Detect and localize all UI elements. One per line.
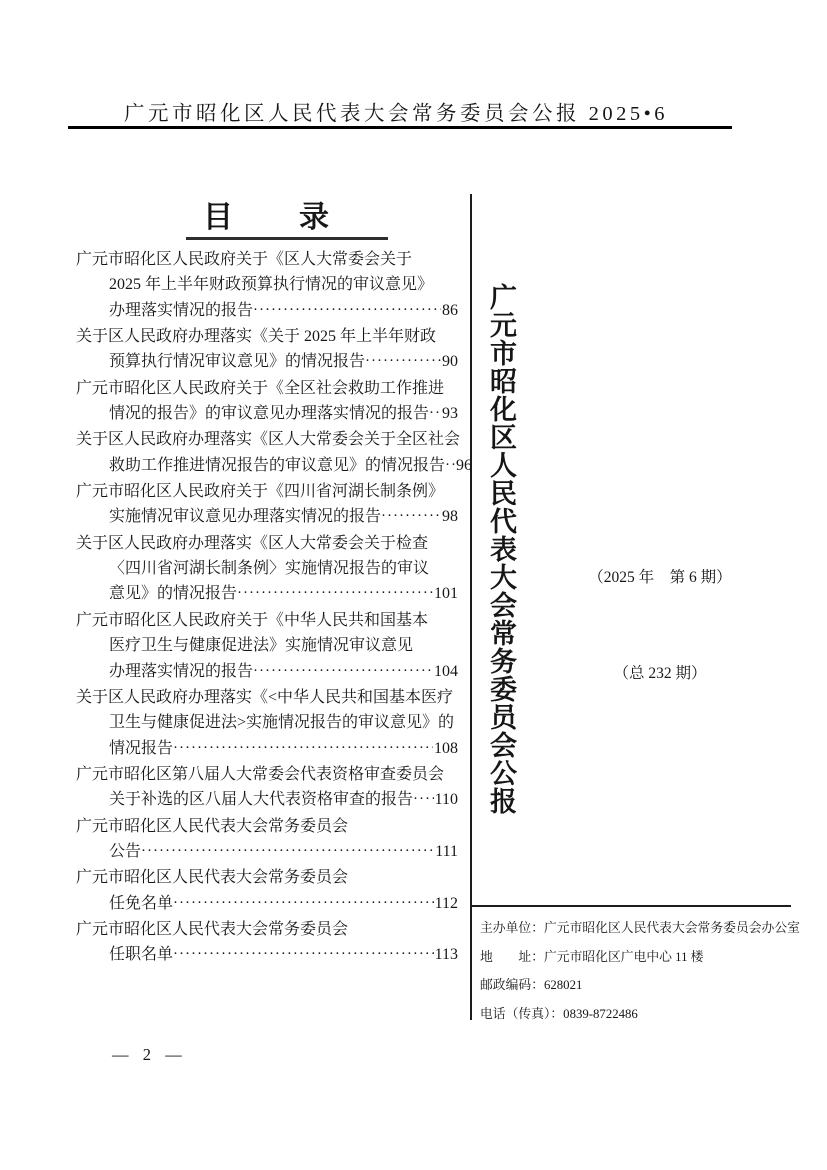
toc-line: 实施情况审议意见办理落实情况的报告98 xyxy=(76,504,458,530)
toc-page-number: 110 xyxy=(435,787,458,812)
dot-leader xyxy=(173,941,434,967)
toc-line-text: 情况的报告》的审议意见办理落实情况的报告 xyxy=(109,401,429,426)
toc-line: 广元市昭化区人民政府关于《区人大常委会关于 xyxy=(76,247,458,272)
toc-line-text: 预算执行情况审议意见》的情况报告 xyxy=(109,349,365,374)
dot-leader xyxy=(237,580,433,606)
toc-entry: 广元市昭化区第八届人大常委会代表资格审查委员会关于补选的区八届人大代表资格审查的… xyxy=(76,762,458,814)
column-divider xyxy=(470,194,472,1020)
toc-line-text: 办理落实情况的报告 xyxy=(109,659,253,684)
toc-line-text: 关于区人民政府办理落实《关于 2025 年上半年财政 xyxy=(76,324,436,349)
dot-leader xyxy=(381,503,441,529)
toc-page-number: 111 xyxy=(435,839,458,864)
toc-line: 办理落实情况的报告86 xyxy=(76,298,458,324)
masthead-vertical-title: 广元市昭化区人民代表大会常务委员会公报 xyxy=(482,283,521,815)
dot-leader xyxy=(253,658,433,684)
toc-line: 办理落实情况的报告104 xyxy=(76,659,458,685)
toc-line: 关于补选的区八届人大代表资格审查的报告110 xyxy=(76,787,458,813)
toc-page-number: 93 xyxy=(442,401,458,426)
issue-number: （2025 年 第 6 期） xyxy=(553,562,767,594)
toc-line-text: 2025 年上半年财政预算执行情况的审议意见》 xyxy=(109,272,433,297)
toc-page-number: 112 xyxy=(435,891,458,916)
toc-line-text: 卫生与健康促进法>实施情况报告的审议意见》的 xyxy=(109,710,454,735)
toc-line-text: 〈四川省河湖长制条例〉实施情况报告的审议 xyxy=(109,556,429,581)
toc-line: 医疗卫生与健康促进法》实施情况审议意见 xyxy=(76,633,458,658)
dot-leader xyxy=(253,297,441,323)
toc-line: 救助工作推进情况报告的审议意见》的情况报告96 xyxy=(76,453,458,479)
toc-line-text: 情况报告 xyxy=(109,736,173,761)
toc-line-text: 关于补选的区八届人大代表资格审查的报告 xyxy=(109,787,413,812)
toc-line: 关于区人民政府办理落实《区人大常委会关于全区社会 xyxy=(76,427,458,452)
toc-line: 公告111 xyxy=(76,839,458,865)
toc-entry: 关于区人民政府办理落实《区人大常委会关于检查〈四川省河湖长制条例〉实施情况报告的… xyxy=(76,531,458,608)
publisher-line: 主办单位：广元市昭化区人民代表大会常务委员会办公室 xyxy=(480,914,791,943)
toc-page-number: 86 xyxy=(442,298,458,323)
toc-line-text: 救助工作推进情况报告的审议意见》的情况报告 xyxy=(109,453,445,478)
toc-page-number: 108 xyxy=(434,736,458,761)
toc-entry: 广元市昭化区人民政府关于《四川省河湖长制条例》实施情况审议意见办理落实情况的报告… xyxy=(76,479,458,531)
toc-entry: 广元市昭化区人民政府关于《全区社会救助工作推进情况的报告》的审议意见办理落实情况… xyxy=(76,376,458,428)
issue-total: （总 232 期） xyxy=(553,658,767,690)
publisher-line: 地 址：广元市昭化区广电中心 11 楼 xyxy=(480,943,791,972)
publisher-line: 电话（传真）：0839-8722486 xyxy=(480,1000,791,1029)
toc-entry: 广元市昭化区人民政府关于《区人大常委会关于2025 年上半年财政预算执行情况的审… xyxy=(76,247,458,324)
toc-entry: 广元市昭化区人民代表大会常务委员会任免名单112 xyxy=(76,865,458,917)
publisher-box: 主办单位：广元市昭化区人民代表大会常务委员会办公室地 址：广元市昭化区广电中心 … xyxy=(470,905,791,1028)
toc-entry: 关于区人民政府办理落实《关于 2025 年上半年财政预算执行情况审议意见》的情况… xyxy=(76,324,458,376)
toc-page-number: 90 xyxy=(442,349,458,374)
toc-line-text: 广元市昭化区人民代表大会常务委员会 xyxy=(76,814,348,839)
toc-line-text: 广元市昭化区人民政府关于《中华人民共和国基本 xyxy=(76,608,428,633)
toc-title-underline xyxy=(186,237,388,240)
toc-line: 预算执行情况审议意见》的情况报告90 xyxy=(76,349,458,375)
dot-leader xyxy=(173,890,434,916)
toc-entry: 广元市昭化区人民政府关于《中华人民共和国基本医疗卫生与健康促进法》实施情况审议意… xyxy=(76,608,458,685)
toc-line-text: 广元市昭化区人民代表大会常务委员会 xyxy=(76,917,348,942)
toc-line-text: 关于区人民政府办理落实《<中华人民共和国基本医疗 xyxy=(76,685,453,710)
dot-leader xyxy=(413,786,434,812)
toc-line-text: 广元市昭化区第八届人大常委会代表资格审查委员会 xyxy=(76,762,444,787)
toc-line: 关于区人民政府办理落实《<中华人民共和国基本医疗 xyxy=(76,685,458,710)
toc-line-text: 任职名单 xyxy=(109,942,173,967)
toc-line: 广元市昭化区人民政府关于《中华人民共和国基本 xyxy=(76,608,458,633)
toc-line-text: 办理落实情况的报告 xyxy=(109,298,253,323)
publisher-line: 邮政编码：628021 xyxy=(480,971,791,1000)
toc-entry: 广元市昭化区人民代表大会常务委员会任职名单113 xyxy=(76,917,458,969)
toc-line: 广元市昭化区人民政府关于《四川省河湖长制条例》 xyxy=(76,479,458,504)
bulletin-page: 广元市昭化区人民代表大会常务委员会公报 2025•6 目 录 广元市昭化区人民政… xyxy=(0,0,827,1170)
toc-line: 广元市昭化区人民代表大会常务委员会 xyxy=(76,865,458,890)
toc-line-text: 任免名单 xyxy=(109,891,173,916)
toc-line: 关于区人民政府办理落实《关于 2025 年上半年财政 xyxy=(76,324,458,349)
toc-line-text: 广元市昭化区人民政府关于《全区社会救助工作推进 xyxy=(76,376,444,401)
toc-line-text: 意见》的情况报告 xyxy=(109,581,237,606)
toc-line: 广元市昭化区人民政府关于《全区社会救助工作推进 xyxy=(76,376,458,401)
toc-line-text: 医疗卫生与健康促进法》实施情况审议意见 xyxy=(109,633,413,658)
dot-leader xyxy=(365,348,441,374)
dot-leader xyxy=(445,452,455,478)
dot-leader xyxy=(141,838,434,864)
toc-page-number: 98 xyxy=(442,504,458,529)
toc-entry: 广元市昭化区人民代表大会常务委员会公告111 xyxy=(76,814,458,866)
toc-page-number: 113 xyxy=(435,942,458,967)
toc-line: 2025 年上半年财政预算执行情况的审议意见》 xyxy=(76,272,458,297)
dot-leader xyxy=(173,735,433,761)
toc-line-text: 广元市昭化区人民政府关于《四川省河湖长制条例》 xyxy=(76,479,444,504)
toc-line: 情况报告108 xyxy=(76,736,458,762)
toc-list: 广元市昭化区人民政府关于《区人大常委会关于2025 年上半年财政预算执行情况的审… xyxy=(76,247,458,969)
page-header-title: 广元市昭化区人民代表大会常务委员会公报 2025•6 xyxy=(124,96,668,126)
toc-line: 〈四川省河湖长制条例〉实施情况报告的审议 xyxy=(76,556,458,581)
dot-leader xyxy=(429,400,441,426)
toc-line: 广元市昭化区人民代表大会常务委员会 xyxy=(76,917,458,942)
toc-line: 意见》的情况报告101 xyxy=(76,581,458,607)
toc-page-number: 104 xyxy=(434,659,458,684)
toc-line-text: 广元市昭化区人民政府关于《区人大常委会关于 xyxy=(76,247,412,272)
toc-line: 任职名单113 xyxy=(76,942,458,968)
toc-entry: 关于区人民政府办理落实《<中华人民共和国基本医疗卫生与健康促进法>实施情况报告的… xyxy=(76,685,458,762)
toc-line-text: 关于区人民政府办理落实《区人大常委会关于检查 xyxy=(76,531,428,556)
toc-line: 情况的报告》的审议意见办理落实情况的报告93 xyxy=(76,401,458,427)
toc-line: 卫生与健康促进法>实施情况报告的审议意见》的 xyxy=(76,710,458,735)
toc-line-text: 公告 xyxy=(109,839,141,864)
toc-line: 关于区人民政府办理落实《区人大常委会关于检查 xyxy=(76,531,458,556)
toc-entry: 关于区人民政府办理落实《区人大常委会关于全区社会救助工作推进情况报告的审议意见》… xyxy=(76,427,458,479)
toc-line: 广元市昭化区人民代表大会常务委员会 xyxy=(76,814,458,839)
toc-line: 广元市昭化区第八届人大常委会代表资格审查委员会 xyxy=(76,762,458,787)
footer-page-number: — 2 — xyxy=(112,1045,184,1065)
toc-page-number: 101 xyxy=(434,581,458,606)
toc-line-text: 广元市昭化区人民代表大会常务委员会 xyxy=(76,865,348,890)
toc-title: 目 录 xyxy=(76,192,458,236)
toc-line-text: 实施情况审议意见办理落实情况的报告 xyxy=(109,504,381,529)
toc-line-text: 关于区人民政府办理落实《区人大常委会关于全区社会 xyxy=(76,427,460,452)
toc-line: 任免名单112 xyxy=(76,891,458,917)
issue-info: （2025 年 第 6 期） （总 232 期） xyxy=(553,498,767,754)
header-rule xyxy=(68,126,732,129)
